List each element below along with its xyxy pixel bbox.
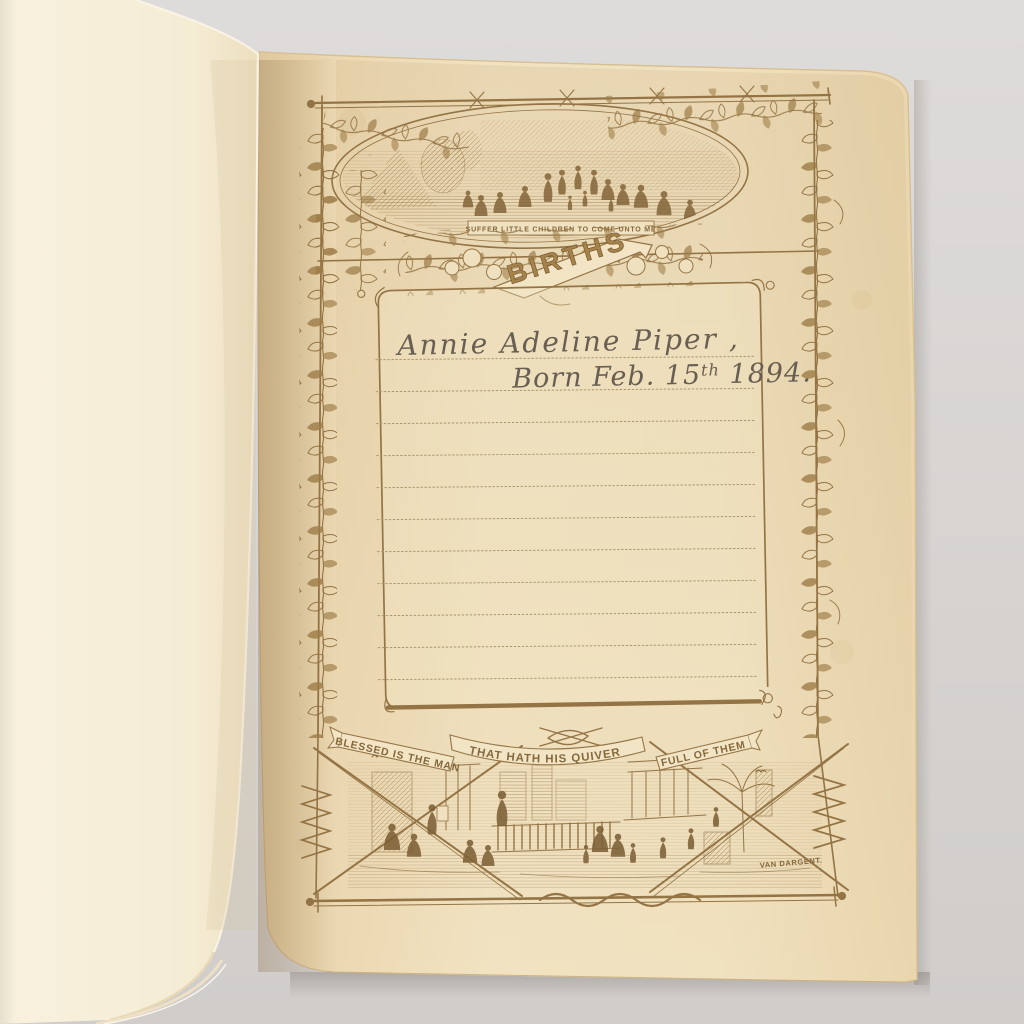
left-page-stack — [0, 0, 258, 1024]
bottom-scene — [348, 758, 822, 888]
photo-canvas: SUFFER LITTLE CHILDREN TO COME UNTO ME B… — [0, 0, 1024, 1024]
photo-of-bible-births-page: SUFFER LITTLE CHILDREN TO COME UNTO ME B… — [0, 0, 1024, 1024]
left-edge-shade — [0, 0, 16, 1024]
entry-born-line: Born Feb. 15th 1894. — [511, 357, 812, 394]
ivy-vine-right — [796, 120, 834, 738]
